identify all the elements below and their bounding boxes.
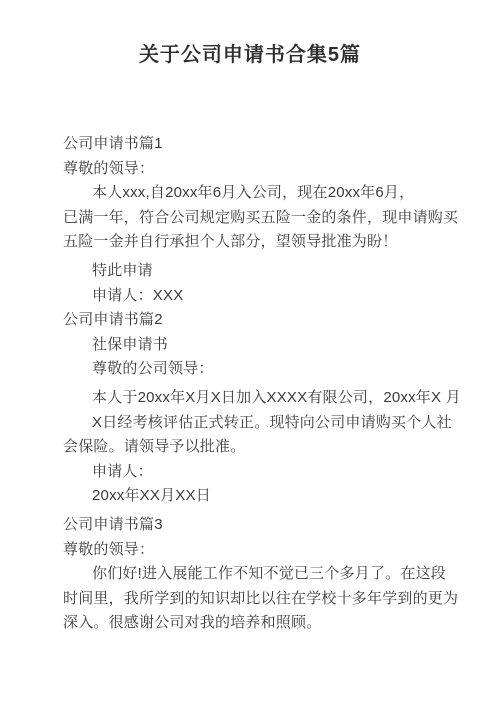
body-line: 会保险。请领导予以批准。	[63, 435, 470, 460]
section-1-salutation: 尊敬的领导：	[63, 157, 470, 182]
section-2-heading: 公司申请书篇2	[63, 308, 470, 333]
body-line: 时间里，我所学到的知识却比以往在学校十多年学到的更为	[63, 587, 470, 612]
document-title: 关于公司申请书合集5篇	[0, 42, 500, 68]
section-2-salutation: 尊敬的公司领导：	[63, 357, 470, 382]
body-line: 本人xxx,自20xx年6月入公司，现在20xx年6月，	[63, 181, 470, 206]
signature-line: 申请人：XXX	[63, 284, 470, 309]
body-line: X日经考核评估正式转正。现特向公司申请购买个人社	[63, 411, 470, 436]
date-line: 20xx年XX月XX日	[63, 484, 470, 509]
signature-line: 申请人：	[63, 460, 470, 485]
closing-line: 特此申请	[63, 259, 470, 284]
body-line: 已满一年，符合公司规定购买五险一金的条件，现申请购买	[63, 206, 470, 231]
body-line: 深入。很感谢公司对我的培养和照顾。	[63, 611, 470, 636]
section-2-subtitle: 社保申请书	[63, 333, 470, 358]
section-3-salutation: 尊敬的领导：	[63, 538, 470, 563]
body-line: 你们好!进入展能工作不知不觉已三个多月了。在这段	[63, 562, 470, 587]
document-page: 关于公司申请书合集5篇 公司申请书篇1 尊敬的领导： 本人xxx,自20xx年6…	[0, 0, 500, 707]
section-1-heading: 公司申请书篇1	[63, 132, 470, 157]
document-body: 公司申请书篇1 尊敬的领导： 本人xxx,自20xx年6月入公司，现在20xx年…	[0, 132, 500, 636]
body-line: 五险一金并自行承担个人部分，望领导批准为盼！	[63, 230, 470, 255]
section-3-heading: 公司申请书篇3	[63, 513, 470, 538]
body-line: 本人于20xx年X月X日加入XXXX有限公司，20xx年X 月	[63, 386, 470, 411]
